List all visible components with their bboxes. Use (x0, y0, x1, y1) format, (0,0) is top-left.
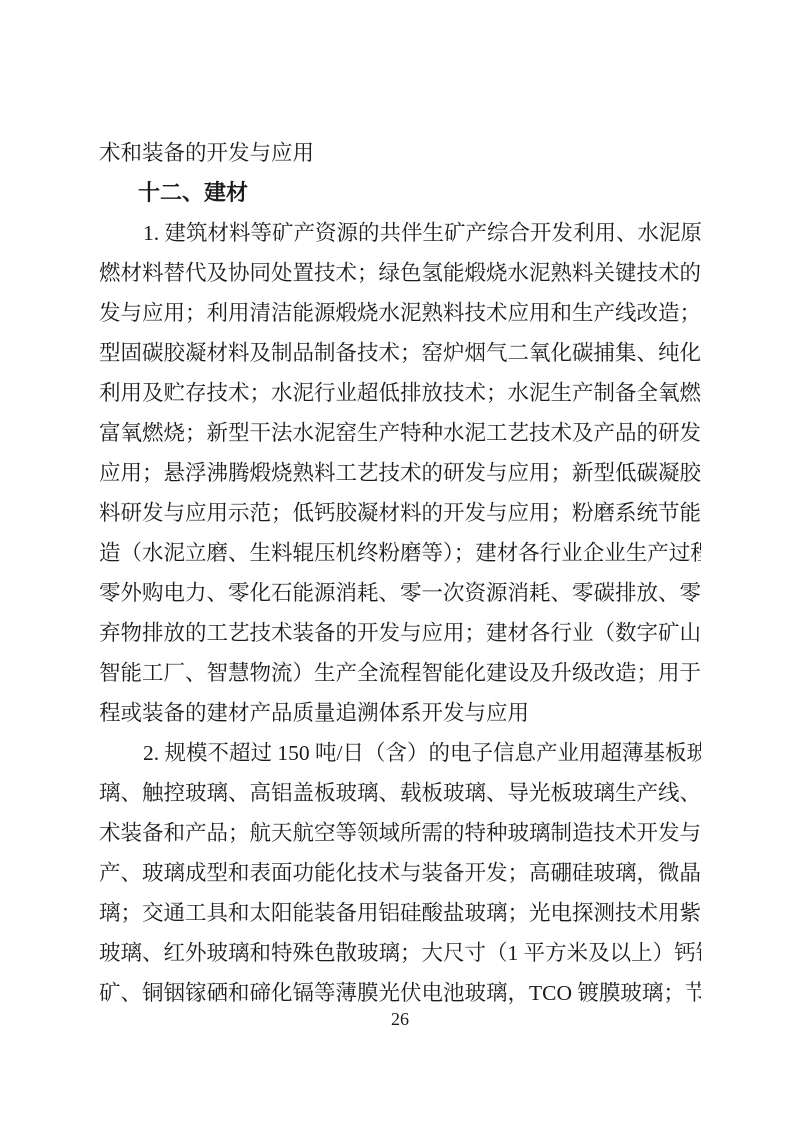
text-line: 2. 规模不超过 150 吨/日（含）的电子信息产业用超薄基板玻 (99, 733, 701, 773)
text-line: 术和装备的开发与应用 (99, 133, 701, 173)
text-line: 造（水泥立磨、生料辊压机终粉磨等）；建材各行业企业生产过程 (99, 533, 701, 573)
text-line: 璃、触控玻璃、高铝盖板玻璃、载板玻璃、导光板玻璃生产线、技 (99, 773, 701, 813)
section-heading: 十二、建材 (99, 173, 701, 213)
text-line: 型固碳胶凝材料及制品制备技术；窑炉烟气二氧化碳捕集、纯化、 (99, 333, 701, 373)
document-page: 术和装备的开发与应用十二、建材1. 建筑材料等矿产资源的共伴生矿产综合开发利用、… (0, 0, 800, 1131)
text-line: 璃；交通工具和太阳能装备用铝硅酸盐玻璃；光电探测技术用紫外 (99, 893, 701, 933)
text-line: 术装备和产品；航天航空等领域所需的特种玻璃制造技术开发与生 (99, 813, 701, 853)
text-line: 玻璃、红外玻璃和特殊色散玻璃；大尺寸（1 平方米及以上）钙钛 (99, 933, 701, 973)
text-line: 智能工厂、智慧物流）生产全流程智能化建设及升级改造；用于工 (99, 653, 701, 693)
page-number: 26 (0, 1006, 800, 1032)
document-body: 术和装备的开发与应用十二、建材1. 建筑材料等矿产资源的共伴生矿产综合开发利用、… (99, 133, 701, 1013)
text-line: 利用及贮存技术；水泥行业超低排放技术；水泥生产制备全氧燃烧、 (99, 373, 701, 413)
text-line: 产、玻璃成型和表面功能化技术与装备开发；高硼硅玻璃，微晶玻 (99, 853, 701, 893)
text-line: 应用；悬浮沸腾煅烧熟料工艺技术的研发与应用；新型低碳凝胶材 (99, 453, 701, 493)
text-line: 料研发与应用示范；低钙胶凝材料的开发与应用；粉磨系统节能改 (99, 493, 701, 533)
text-line: 发与应用；利用清洁能源煅烧水泥熟料技术应用和生产线改造；新 (99, 293, 701, 333)
text-line: 1. 建筑材料等矿产资源的共伴生矿产综合开发利用、水泥原 (99, 213, 701, 253)
text-line: 富氧燃烧；新型干法水泥窑生产特种水泥工艺技术及产品的研发与 (99, 413, 701, 453)
text-line: 零外购电力、零化石能源消耗、零一次资源消耗、零碳排放、零废 (99, 573, 701, 613)
text-line: 程或装备的建材产品质量追溯体系开发与应用 (99, 693, 701, 733)
text-line: 燃材料替代及协同处置技术；绿色氢能煅烧水泥熟料关键技术的研 (99, 253, 701, 293)
text-line: 弃物排放的工艺技术装备的开发与应用；建材各行业（数字矿山、 (99, 613, 701, 653)
